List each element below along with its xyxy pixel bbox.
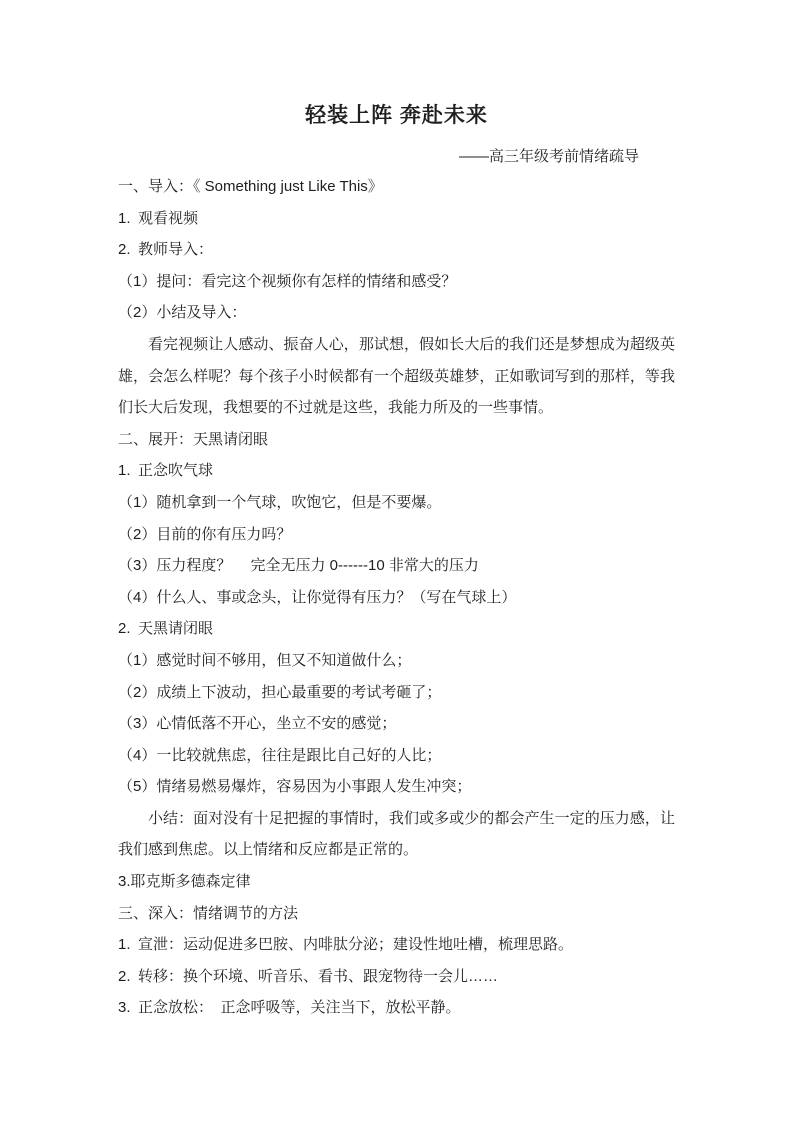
- sub-item: （2）目前的你有压力吗？: [118, 519, 675, 551]
- document-content: 轻装上阵 奔赴未来 ——高三年级考前情绪疏导 一、导入：《 Something …: [118, 103, 675, 1024]
- numbered-item: 1.观看视频: [118, 203, 675, 235]
- numbered-item: 1.宣泄：运动促进多巴胺、内啡肽分泌；建设性地吐槽，梳理思路。: [118, 929, 675, 961]
- section-heading-deepening: 三、深入：情绪调节的方法: [118, 898, 675, 930]
- list-marker: 3.: [118, 992, 138, 1024]
- document-page: 轻装上阵 奔赴未来 ——高三年级考前情绪疏导 一、导入：《 Something …: [0, 0, 793, 1122]
- sub-item: （1）感觉时间不够用，但又不知道做什么；: [118, 645, 675, 677]
- body-paragraph: 看完视频让人感动、振奋人心，那试想，假如长大后的我们还是梦想成为超级英雄，会怎么…: [118, 329, 675, 424]
- section-heading-development: 二、展开：天黑请闭眼: [118, 424, 675, 456]
- list-marker: 2.: [118, 613, 138, 645]
- numbered-item: 3.正念放松： 正念呼吸等，关注当下，放松平静。: [118, 992, 675, 1024]
- numbered-item: 2.转移：换个环境、听音乐、看书、跟宠物待一会儿……: [118, 961, 675, 993]
- numbered-item: 2.天黑请闭眼: [118, 613, 675, 645]
- numbered-item: 2.教师导入：: [118, 234, 675, 266]
- list-marker: 1.: [118, 203, 138, 235]
- list-item-text: 教师导入：: [138, 241, 213, 258]
- list-item-text: 天黑请闭眼: [138, 620, 213, 637]
- sub-item: （2）小结及导入：: [118, 297, 675, 329]
- sub-item: （4）一比较就焦虑，往往是跟比自己好的人比；: [118, 740, 675, 772]
- sub-item: （3）心情低落不开心，坐立不安的感觉；: [118, 708, 675, 740]
- list-marker: 2.: [118, 961, 138, 993]
- list-item-text: 宣泄：运动促进多巴胺、内啡肽分泌；建设性地吐槽，梳理思路。: [138, 936, 573, 953]
- list-item-text: 正念放松： 正念呼吸等，关注当下，放松平静。: [138, 999, 461, 1016]
- sub-item: （2）成绩上下波动，担心最重要的考试考砸了；: [118, 677, 675, 709]
- sub-item: （1）随机拿到一个气球，吹饱它，但是不要爆。: [118, 487, 675, 519]
- list-item-text: 正念吹气球: [138, 462, 213, 479]
- list-marker: 1.: [118, 455, 138, 487]
- sub-item: （3）压力程度？ 完全无压力 0------10 非常大的压力: [118, 550, 675, 582]
- document-body: 一、导入：《 Something just Like This》 1.观看视频 …: [118, 171, 675, 1024]
- sub-item: （4）什么人、事或念头，让你觉得有压力？（写在气球上）: [118, 582, 675, 614]
- document-subtitle: ——高三年级考前情绪疏导: [118, 147, 675, 167]
- list-item-text: 观看视频: [138, 210, 198, 227]
- list-marker: 1.: [118, 929, 138, 961]
- plain-line: 3.耶克斯多德森定律: [118, 866, 675, 898]
- numbered-item: 1.正念吹气球: [118, 455, 675, 487]
- sub-item: （5）情绪易燃易爆炸，容易因为小事跟人发生冲突；: [118, 771, 675, 803]
- list-marker: 2.: [118, 234, 138, 266]
- sub-item: （1）提问：看完这个视频你有怎样的情绪和感受？: [118, 266, 675, 298]
- document-title: 轻装上阵 奔赴未来: [118, 103, 675, 128]
- section-heading-intro: 一、导入：《 Something just Like This》: [118, 171, 675, 203]
- list-item-text: 转移：换个环境、听音乐、看书、跟宠物待一会儿……: [138, 968, 498, 985]
- body-paragraph: 小结：面对没有十足把握的事情时，我们或多或少的都会产生一定的压力感，让我们感到焦…: [118, 803, 675, 866]
